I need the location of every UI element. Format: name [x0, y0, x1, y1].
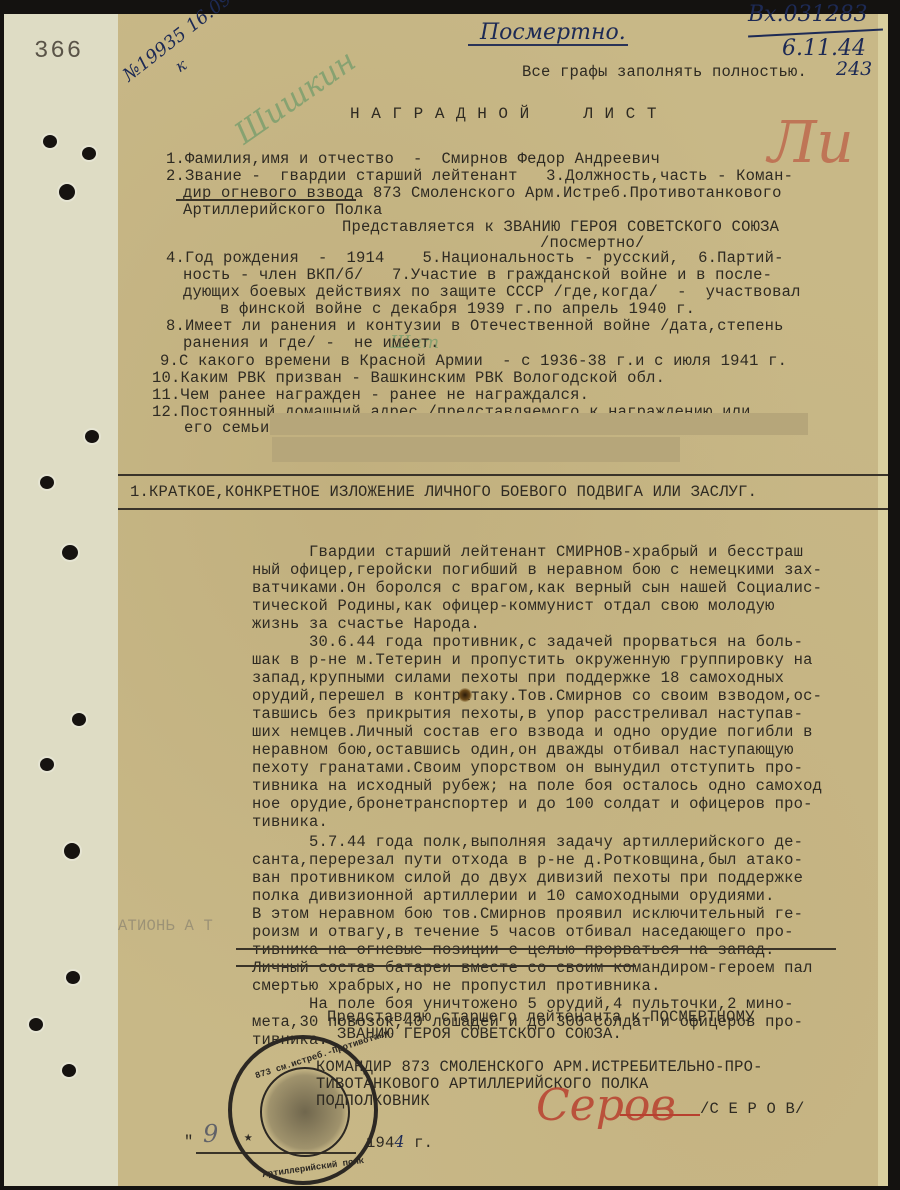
handwritten-sheet-number: 243 [836, 58, 872, 80]
binder-hole [40, 476, 54, 489]
faint-offset-text: АТИОНЬ А Т [118, 917, 213, 935]
section-bottom-rule [118, 508, 888, 510]
archive-page-number: 366 [34, 38, 83, 65]
redacted-address-line-2 [272, 437, 680, 462]
narrative-line: В этом неравном бою тов.Смирнов проявил … [252, 905, 803, 923]
binder-hole [82, 147, 96, 160]
fill-instruction: Все графы заполнять полностью. [522, 63, 807, 81]
recommendation-line-1: Представляю старшего лейтенанта к ПОСМЕР… [327, 1008, 755, 1026]
narrative-line: Личный состав батареи вместе со своим ко… [252, 959, 813, 977]
narrative-line: роизм и отвагу,в течение 5 часов отбивал… [252, 923, 794, 941]
document-title: Н А Г Р А Д Н О Й Л И С Т [350, 105, 657, 123]
burn-mark [458, 688, 472, 702]
binder-hole [66, 971, 80, 984]
narrative-line: смертью храбрых,но не пропустил противни… [252, 977, 661, 995]
date-day: 9 [203, 1120, 218, 1148]
posthumous-underline [468, 44, 628, 46]
narrative-line: запад,крупными силами пехоты при поддерж… [252, 669, 784, 687]
narrative-line: тивника на огневые позиции с целью прорв… [252, 941, 775, 959]
date-year: 1944 г. [366, 1133, 433, 1152]
field-7-wars-cont: дующих боевых действиях по защите СССР /… [183, 283, 801, 301]
narrative-line: жизнь за счастье Народа. [252, 615, 480, 633]
binder-hole [29, 1018, 43, 1031]
commander-signature: Серов [536, 1080, 676, 1131]
field-7-wars-cont2: в финской войне с декабря 1939 г.по апре… [220, 300, 695, 318]
binder-hole [72, 713, 86, 726]
section-top-rule [118, 474, 888, 476]
binder-hole [40, 758, 54, 771]
coat-of-arms-emblem-icon [260, 1067, 350, 1157]
narrative-line: ван противником силой до двух дивизий пе… [252, 869, 803, 887]
narrative-line: неравном бою,оставшись один,он дважды от… [252, 741, 794, 759]
signature-stroke [620, 1114, 700, 1116]
field-11-prior-awards: 11.Чем ранее награжден - ранее не награж… [152, 386, 589, 404]
narrative-line: тавшись без прикрытия пехоты,в упор расс… [252, 705, 803, 723]
narrative-line: 30.6.44 года противник,с задачей прорват… [252, 633, 803, 651]
narrative-line: тивника на исходный рубеж; на поле боя о… [252, 777, 822, 795]
handwritten-registration-number: Вх.031283 [748, 2, 868, 27]
narrative-line: ших немцев.Личный состав его взвода и од… [252, 723, 813, 741]
red-signature-top: Ли [768, 108, 854, 176]
commander-title-line-1: КОМАНДИР 873 СМОЛЕНСКОГО АРМ.ИСТРЕБИТЕЛЬ… [316, 1058, 763, 1076]
field-10-conscription: 10.Каким РВК призван - Вашкинским РВК Во… [152, 369, 665, 387]
narrative-line: санта,перерезал пути отхода в р-не д.Рот… [252, 851, 803, 869]
field-8-wounds-cont: ранения и где/ - не имеет. [183, 334, 440, 352]
binder-hole [62, 545, 78, 560]
section-heading: 1.КРАТКОЕ,КОНКРЕТНОЕ ИЗЛОЖЕНИЕ ЛИЧНОГО Б… [130, 483, 757, 501]
narrative-line: полка дивизионной артиллерии и 10 самохо… [252, 887, 775, 905]
redacted-address-line-1 [270, 413, 808, 435]
handwritten-posthumous-note: Посмертно. [480, 20, 626, 45]
narrative-line: ное орудие,бронетранспортер и до 100 сол… [252, 795, 813, 813]
narrative-line: ный офицер,геройски погибший в неравном … [252, 561, 822, 579]
field-3-position-cont2: Артиллерийского Полка [183, 201, 383, 219]
narrative-underline-2 [236, 965, 636, 967]
field-1-name: 1.Фамилия,имя и отчество - Смирнов Федор… [166, 150, 660, 168]
binder-hole [59, 184, 75, 200]
narrative-line: пехоту гранатами.Своим упорством он выну… [252, 759, 803, 777]
field-6-party-cont: ность - член ВКП/б/ 7.Участие в гражданс… [183, 266, 772, 284]
narrative-line: орудий,перешел в контратаку.Тов.Смирнов … [252, 687, 822, 705]
binder-hole [43, 135, 57, 148]
field-8-wounds: 8.Имеет ли ранения и контузии в Отечеств… [166, 317, 784, 335]
narrative-underline-1 [236, 948, 836, 950]
field-4-birth-year: 4.Год рождения - 1914 5.Национальность -… [166, 249, 784, 267]
field-9-army-since: 9.С какого времени в Красной Армии - с 1… [160, 352, 787, 370]
date-open-quote: " [184, 1133, 194, 1151]
commander-name: /С Е Р О В/ [700, 1100, 805, 1118]
field-2-rank: 2.Звание - гвардии старший лейтенант 3.Д… [166, 167, 793, 185]
regiment-seal-stamp: 873 см.истреб.-Противотанк. Артиллерийск… [228, 1035, 378, 1185]
narrative-line: тической Родины,как офицер-коммунист отд… [252, 597, 775, 615]
star-icon: ★ [244, 1129, 252, 1146]
narrative-line: ватчиками.Он боролся с врагом,как верный… [252, 579, 822, 597]
narrative-line: шак в р-не м.Тетерин и пропустить окруже… [252, 651, 813, 669]
binder-hole [85, 430, 99, 443]
narrative-line: Гвардии старший лейтенант СМИРНОВ-храбры… [252, 543, 803, 561]
binder-hole [62, 1064, 76, 1077]
narrative-line: 5.7.44 года полк,выполняя задачу артилле… [252, 833, 803, 851]
binder-hole [64, 843, 80, 859]
narrative-line: тивника. [252, 813, 328, 831]
page-edge [878, 14, 888, 1186]
